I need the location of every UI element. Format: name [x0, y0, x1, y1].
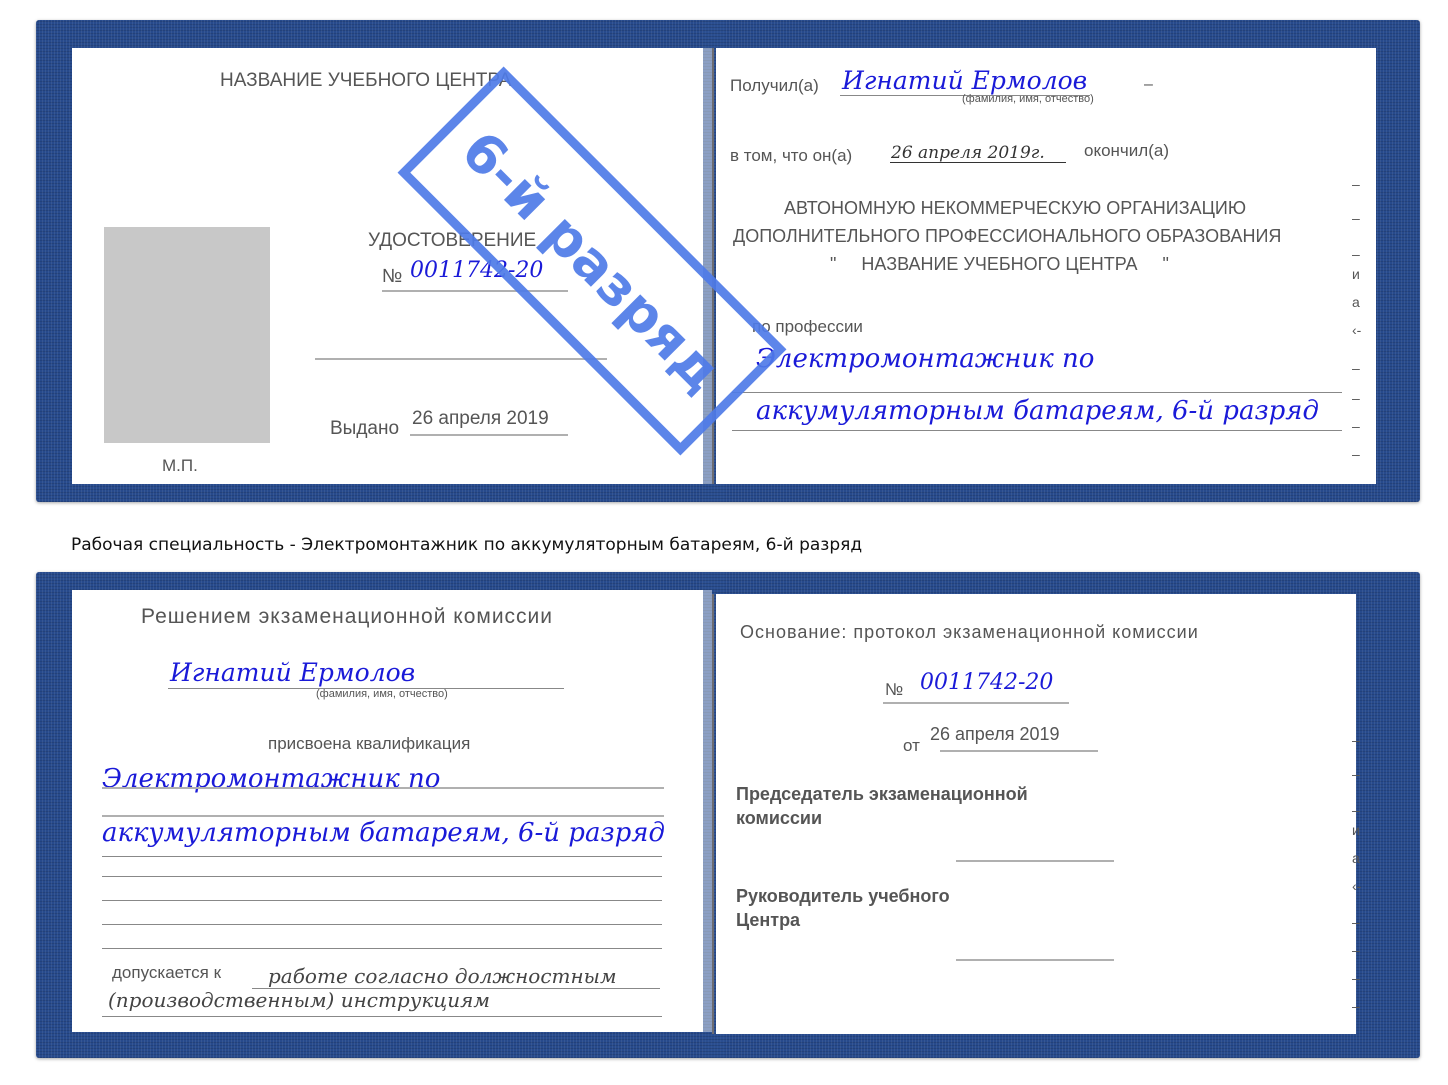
recipient-name: Игнатий Ермолов [842, 66, 1087, 95]
admitted-label: допускается к [112, 963, 221, 983]
seal-label: М.П. [162, 456, 198, 476]
bottom-recipient-name: Игнатий Ермолов [170, 658, 415, 687]
edge-mark: – [1352, 446, 1360, 462]
chairman-line-2: комиссии [736, 808, 822, 829]
edge-mark: и [1352, 266, 1360, 282]
received-label: Получил(а) [730, 76, 819, 96]
protocol-date-prefix: от [903, 736, 920, 756]
center-name: НАЗВАНИЕ УЧЕБНОГО ЦЕНТРА [220, 70, 512, 92]
head-signature-line [956, 959, 1114, 961]
edge-mark: – [1352, 360, 1360, 376]
specialty-caption: Рабочая специальность - Электромонтажник… [71, 535, 862, 555]
name-hint: (фамилия, имя, отчество) [962, 93, 1094, 105]
admitted-line-2: (производственным) инструкциям [108, 988, 490, 1012]
edge-mark: а [1352, 294, 1360, 310]
bottom-fold [712, 594, 714, 1034]
chairman-signature-line [956, 860, 1114, 862]
head-line-2: Центра [736, 910, 800, 931]
head-line-1: Руководитель учебного [736, 886, 950, 907]
admitted-line-1: работе согласно должностным [268, 964, 617, 988]
that-label: в том, что он(а) [730, 146, 852, 166]
protocol-number-prefix: № [885, 680, 903, 700]
qualification-label: присвоена квалификация [268, 734, 470, 754]
org-line-3: " НАЗВАНИЕ УЧЕБНОГО ЦЕНТРА " [830, 254, 1169, 275]
decision-title: Решением экзаменационной комиссии [141, 605, 553, 629]
photo-placeholder [104, 227, 270, 443]
edge-mark: – [1352, 766, 1360, 782]
edge-mark: – [1352, 802, 1360, 818]
profession-line-1: Электромонтажник по [756, 344, 1094, 374]
issued-date: 26 апреля 2019 [412, 408, 549, 430]
edge-mark: – [1352, 210, 1360, 226]
qualification-line-2: аккумуляторным батареям, 6-й разряд [102, 818, 665, 848]
chairman-line-1: Председатель экзаменационной [736, 784, 1028, 805]
number-prefix: № [382, 266, 402, 288]
bottom-name-hint: (фамилия, имя, отчество) [316, 688, 448, 700]
qualification-line-1: Электромонтажник по [102, 764, 440, 794]
edge-mark: – [1352, 914, 1360, 930]
edge-mark: – [1352, 970, 1360, 986]
edge-mark: ‹- [1352, 878, 1361, 894]
edge-mark: – [1352, 390, 1360, 406]
basis-title: Основание: протокол экзаменационной коми… [740, 622, 1199, 643]
completed-label: окончил(а) [1084, 141, 1169, 161]
edge-mark: – [1352, 176, 1360, 192]
edge-mark: – [1352, 246, 1360, 262]
org-line-2: ДОПОЛНИТЕЛЬНОГО ПРОФЕССИОНАЛЬНОГО ОБРАЗО… [733, 226, 1281, 247]
issued-label: Выдано [330, 418, 399, 440]
edge-mark: ‹- [1352, 322, 1361, 338]
edge-mark: – [1352, 998, 1360, 1014]
edge-mark: – [1352, 732, 1360, 748]
completion-date: 26 апреля 2019г. [891, 143, 1045, 163]
profession-line-2: аккумуляторным батареям, 6-й разряд [756, 396, 1319, 426]
protocol-number: 0011742-20 [920, 670, 1053, 695]
edge-mark: и [1352, 822, 1360, 838]
edge-mark: – [1352, 418, 1360, 434]
edge-mark: – [1352, 942, 1360, 958]
protocol-date: 26 апреля 2019 [930, 724, 1060, 745]
org-line-1: АВТОНОМНУЮ НЕКОММЕРЧЕСКУЮ ОРГАНИЗАЦИЮ [784, 198, 1246, 219]
edge-mark: а [1352, 850, 1360, 866]
